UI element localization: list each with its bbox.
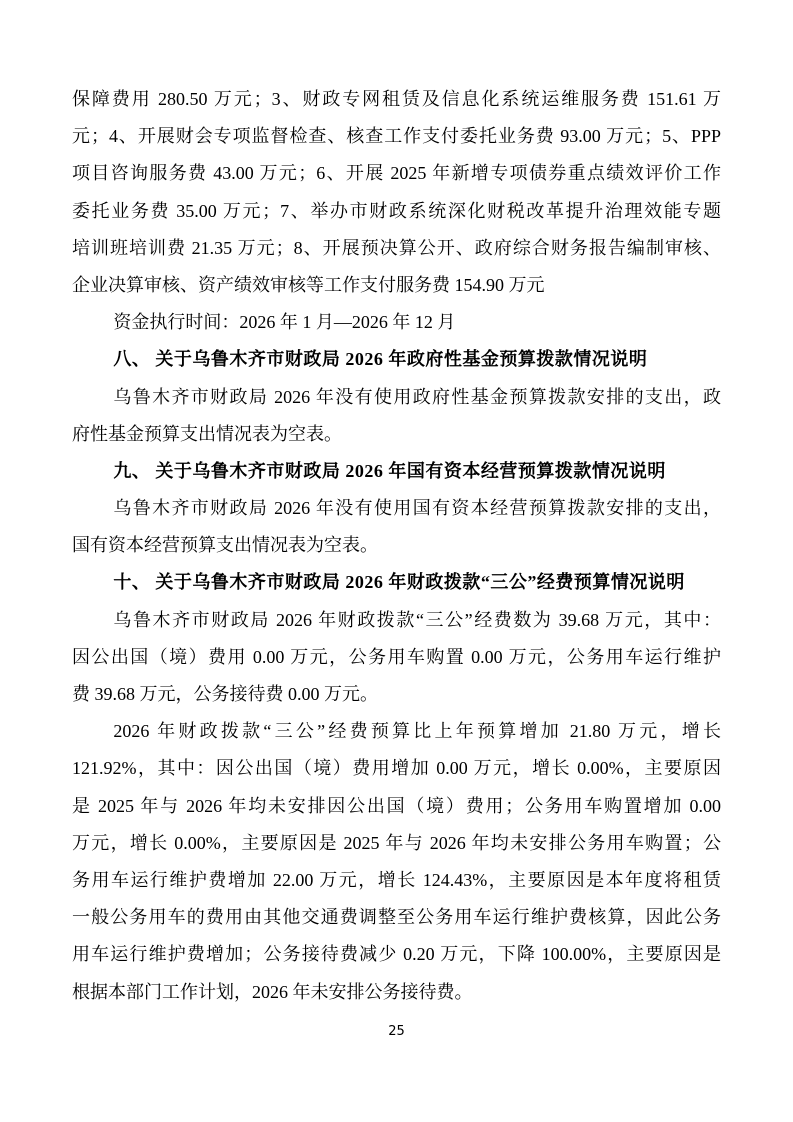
text-line: 培训班培训费 21.35 万元；8、开展预决算公开、政府综合财务报告编制审核、: [72, 230, 721, 267]
text-line: 2026 年财政拨款“三公”经费预算比上年预算增加 21.80 万元，增长: [72, 713, 721, 750]
text-line: 因公出国（境）费用 0.00 万元，公务用车购置 0.00 万元，公务用车运行维…: [72, 639, 721, 676]
text-line: 费 39.68 万元，公务接待费 0.00 万元。: [72, 676, 721, 713]
text-line: 元；4、开展财会专项监督检查、核查工作支付委托业务费 93.00 万元；5、PP…: [72, 118, 721, 155]
text-line: 保障费用 280.50 万元；3、财政专网租赁及信息化系统运维服务费 151.6…: [72, 81, 721, 118]
text-line-funding-period: 资金执行时间：2026 年 1 月—2026 年 12 月: [72, 304, 721, 341]
section-heading-8: 八、 关于乌鲁木齐市财政局 2026 年政府性基金预算拨款情况说明: [72, 341, 721, 378]
text-line: 乌鲁木齐市财政局 2026 年没有使用政府性基金预算拨款安排的支出，政: [72, 379, 721, 416]
text-line: 乌鲁木齐市财政局 2026 年财政拨款“三公”经费数为 39.68 万元，其中：: [72, 602, 721, 639]
text-line: 府性基金预算支出情况表为空表。: [72, 416, 721, 453]
document-body: 保障费用 280.50 万元；3、财政专网租赁及信息化系统运维服务费 151.6…: [72, 81, 721, 1011]
text-line: 企业决算审核、资产绩效审核等工作支付服务费 154.90 万元: [72, 267, 721, 304]
text-line: 用车运行维护费增加；公务接待费减少 0.20 万元，下降 100.00%，主要原…: [72, 936, 721, 973]
text-line: 委托业务费 35.00 万元；7、举办市财政系统深化财税改革提升治理效能专题: [72, 193, 721, 230]
text-line: 项目咨询服务费 43.00 万元；6、开展 2025 年新增专项债券重点绩效评价…: [72, 155, 721, 192]
text-line: 一般公务用车的费用由其他交通费调整至公务用车运行维护费核算，因此公务: [72, 899, 721, 936]
document-page: 保障费用 280.50 万元；3、财政专网租赁及信息化系统运维服务费 151.6…: [0, 0, 793, 1122]
text-line: 根据本部门工作计划，2026 年未安排公务接待费。: [72, 974, 721, 1011]
section-heading-9: 九、 关于乌鲁木齐市财政局 2026 年国有资本经营预算拨款情况说明: [72, 453, 721, 490]
text-line: 务用车运行维护费增加 22.00 万元，增长 124.43%，主要原因是本年度将…: [72, 862, 721, 899]
text-line: 万元，增长 0.00%，主要原因是 2025 年与 2026 年均未安排公务用车…: [72, 825, 721, 862]
section-heading-10: 十、 关于乌鲁木齐市财政局 2026 年财政拨款“三公”经费预算情况说明: [72, 564, 721, 601]
text-line: 是 2025 年与 2026 年均未安排因公出国（境）费用；公务用车购置增加 0…: [72, 788, 721, 825]
text-line: 121.92%，其中：因公出国（境）费用增加 0.00 万元，增长 0.00%，…: [72, 750, 721, 787]
text-line: 乌鲁木齐市财政局 2026 年没有使用国有资本经营预算拨款安排的支出，: [72, 490, 721, 527]
text-line: 国有资本经营预算支出情况表为空表。: [72, 527, 721, 564]
page-number: 25: [0, 1024, 793, 1039]
